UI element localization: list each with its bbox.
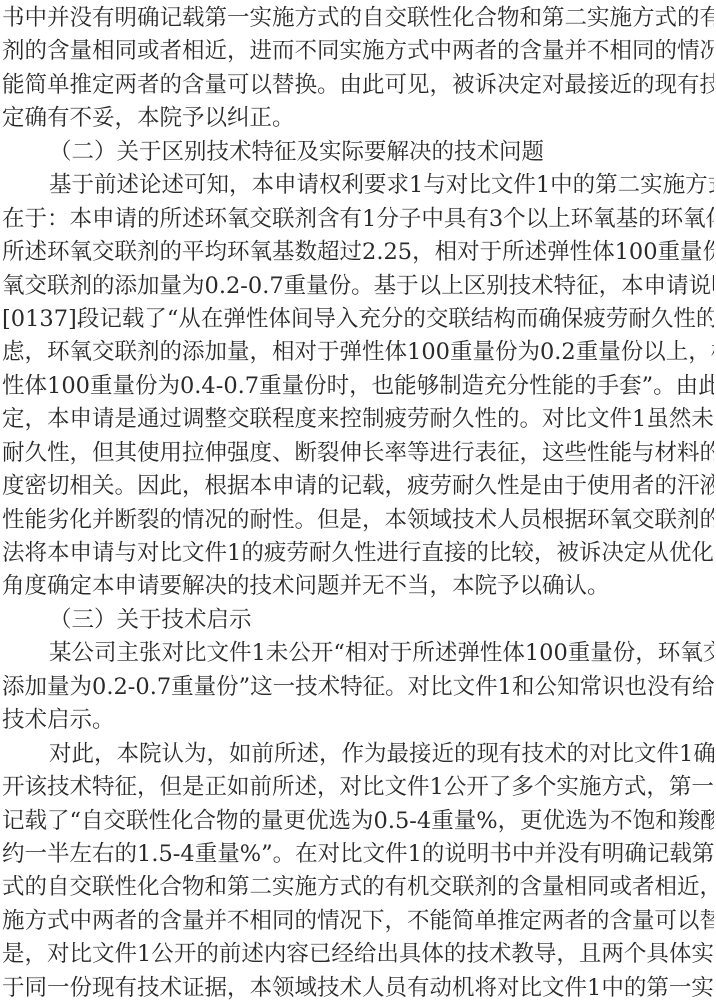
text-line: 施方式中两者的含量并不相同的情况下，不能简单推定两者的含量可以替换。但 <box>2 905 714 938</box>
section-heading-3: （三）关于技术启示 <box>2 604 714 637</box>
text-line: 记载了“自交联性化合物的量更优选为0.5-4重量%，更优选为不饱和羧酸的含量 <box>2 805 714 838</box>
text-line: 式的自交联性化合物和第二实施方式的有机交联剂的含量相同或者相近，不同实 <box>2 871 714 904</box>
text-line: 定，本申请是通过调整交联程度来控制疲劳耐久性的。对比文件1虽然未测试疲劳 <box>2 403 714 436</box>
document-page: 书中并没有明确记载第一实施方式的自交联性化合物和第二实施方式的有机交联 剂的含量… <box>2 2 714 1005</box>
text-line: 在于：本申请的所述环氧交联剂含有1分子中具有3个以上环氧基的环氧化合物， <box>2 203 714 236</box>
paragraph-start: 对此，本院认为，如前所述，作为最接近的现有技术的对比文件1确实没有公 <box>2 738 714 771</box>
text-line: 添加量为0.2-0.7重量份”这一技术特征。对比文件1和公知常识也没有给出相应 <box>2 671 714 704</box>
text-line: 能简单推定两者的含量可以替换。由此可见，被诉决定对最接近的现有技术的认 <box>2 69 714 102</box>
text-line: 技术启示。 <box>2 704 714 737</box>
text-line: 性体100重量份为0.4-0.7重量份时，也能够制造充分性能的手套”。由此可以确 <box>2 370 714 403</box>
text-line: 剂的含量相同或者相近，进而不同实施方式中两者的含量并不相同的情况下，不 <box>2 35 714 68</box>
text-line: 书中并没有明确记载第一实施方式的自交联性化合物和第二实施方式的有机交联 <box>2 2 714 35</box>
text-line: 法将本申请与对比文件1的疲劳耐久性进行直接的比较，被诉决定从优化手套性能 <box>2 537 714 570</box>
text-line: 开该技术特征，但是正如前所述，对比文件1公开了多个实施方式，第一实施方式 <box>2 771 714 804</box>
section-heading-2: （二）关于区别技术特征及实际要解决的技术问题 <box>2 136 714 169</box>
text-line: 角度确定本申请要解决的技术问题并无不当，本院予以确认。 <box>2 570 714 603</box>
paragraph-start: 某公司主张对比文件1未公开“相对于所述弹性体100重量份，环氧交联剂的 <box>2 637 714 670</box>
text-line: 性能劣化并断裂的情况的耐性。但是，本领域技术人员根据环氧交联剂的用量无 <box>2 504 714 537</box>
text-line: 氧交联剂的添加量为0.2-0.7重量份。基于以上区别技术特征，本申请说明书 <box>2 270 714 303</box>
text-line: 于同一份现有技术证据，本领域技术人员有动机将对比文件1中的第一实施方式的 <box>2 972 714 1005</box>
text-line: 所述环氧交联剂的平均环氧基数超过2.25，相对于所述弹性体100重量份，所述环 <box>2 236 714 269</box>
text-line: 虑，环氧交联剂的添加量，相对于弹性体100重量份为0.2重量份以上，相对于弹 <box>2 336 714 369</box>
text-line: 度密切相关。因此，根据本申请的记载，疲劳耐久性是由于使用者的汗液而发生 <box>2 470 714 503</box>
text-line: 定确有不妥，本院予以纠正。 <box>2 102 714 135</box>
text-line: 耐久性，但其使用拉伸强度、断裂伸长率等进行表征，这些性能与材料的交联程 <box>2 437 714 470</box>
text-line: [0137]段记载了“从在弹性体间导入充分的交联结构而确保疲劳耐久性的观点考 <box>2 303 714 336</box>
text-line: 是，对比文件1公开的前述内容已经给出具体的技术教导，且两个具体实施方式源 <box>2 938 714 971</box>
text-line: 约一半左右的1.5-4重量%”。在对比文件1的说明书中并没有明确记载第一实施方 <box>2 838 714 871</box>
paragraph-start: 基于前述论述可知，本申请权利要求1与对比文件1中的第二实施方式的区别 <box>2 169 714 202</box>
